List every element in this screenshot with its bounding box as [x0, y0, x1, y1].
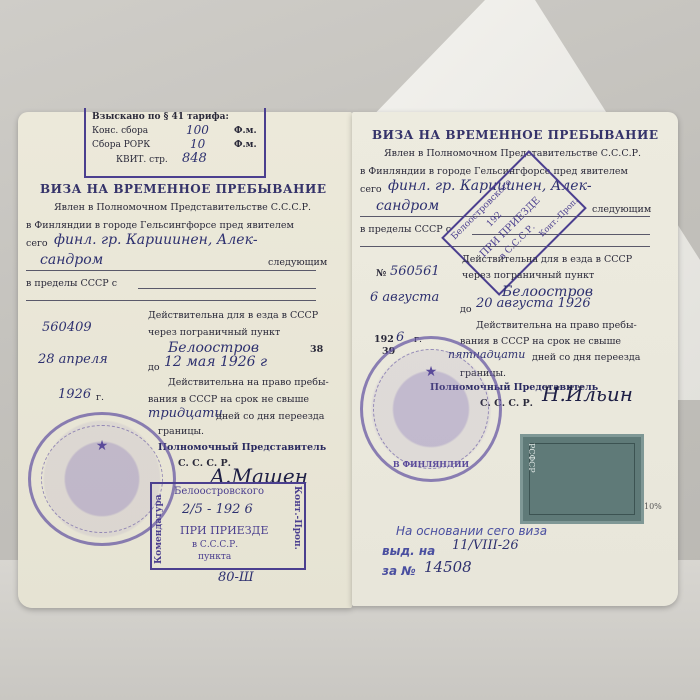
holder-name: сандром — [376, 198, 439, 214]
fee-unit: Ф.м. — [234, 140, 257, 150]
visa-text-line: дней со дня переезда — [216, 411, 324, 422]
fee-value: 100 — [186, 123, 209, 137]
visa-text-line: в Финляндии в городе Гельсингфорсе пред … — [360, 166, 628, 177]
holder-name: сандром — [40, 252, 103, 268]
issue-note-number: 14508 — [424, 558, 472, 576]
stamp-text: в С.С.С.Р. — [192, 540, 238, 550]
visa-text-line: сего — [26, 238, 48, 249]
stamp-handwriting: 80-Ш — [218, 570, 254, 585]
visa-text-line: следующим — [268, 257, 327, 268]
visa-text-line: в пределы СССР с — [26, 278, 117, 289]
visa-text-line: границы. — [158, 426, 204, 437]
fee-label: Сбора РОРК — [92, 140, 150, 150]
issue-note-date: 11/VIII-26 — [452, 538, 519, 553]
valid-until: 20 августа 1926 — [476, 296, 591, 311]
stamp-text: ПРИ ПРИЕЗДЕ — [180, 524, 269, 537]
signature: Н.Ильин — [542, 382, 633, 406]
visa-text-line: в пределы СССР с — [360, 224, 451, 235]
issue-year: 1926 — [58, 387, 91, 402]
page-number: 38 — [310, 344, 323, 355]
visa-text-line: дней со дня переезда — [532, 352, 640, 363]
issue-date: 6 августа — [370, 290, 439, 305]
visa-text-line: через пограничный пункт — [148, 327, 280, 338]
visa-number: 560561 — [390, 264, 440, 279]
visa-text-line: через пограничный пункт — [462, 270, 594, 281]
visa-text-line: следующим — [592, 204, 651, 215]
revenue-stamp-value: 10% — [644, 502, 662, 511]
visa-text-line: Действительна для в езда в СССР — [148, 310, 318, 321]
until-label: до — [460, 304, 472, 315]
visa-text-line: Действительна на право пребы- — [476, 320, 637, 331]
receipt-number: 848 — [182, 151, 207, 166]
revenue-stamp-label: РСФСР — [527, 443, 536, 473]
fee-stamp-line: Взыскано по § 41 тарифа: — [92, 112, 229, 122]
fee-value: 10 — [190, 137, 205, 151]
stamp-text: пункта — [198, 552, 231, 562]
stamp-text: Комендатура — [154, 494, 164, 564]
until-label: до — [148, 362, 160, 373]
stamp-text: Белоостровского — [174, 486, 264, 497]
visa-text-line: Действительна на право пребы- — [168, 377, 329, 388]
visa-text-line: в Финляндии в городе Гельсингфорсе пред … — [26, 220, 294, 231]
revenue-stamp: РСФСР — [520, 434, 644, 524]
issue-note: На основании сего виза — [396, 524, 547, 538]
visa-text-line: вания в СССР на срок не свыше — [460, 336, 621, 347]
fee-unit: Ф.м. — [234, 126, 257, 136]
issue-note: за № — [382, 564, 416, 578]
stay-days: тридцати — [148, 406, 223, 421]
issue-date: 28 апреля — [38, 352, 108, 367]
year-suffix: г. — [96, 392, 104, 403]
issue-note: выд. на — [382, 544, 435, 558]
stamp-date: 192 — [485, 210, 504, 229]
visa-title: ВИЗА НА ВРЕМЕННОЕ ПРЕБЫВАНИЕ — [40, 182, 326, 196]
representative-title: Полномочный Представитель — [158, 442, 326, 453]
visa-number: 560409 — [42, 320, 92, 335]
fee-label: КВИТ. стр. — [116, 155, 168, 165]
year-prefix: 192 — [374, 334, 394, 345]
left-visa-page: Взыскано по § 41 тарифа: Конс. сбора 100… — [18, 112, 352, 608]
visa-text-line: Действительна для в езда в СССР — [462, 254, 632, 265]
embassy-seal: ★ В ФИНЛЯНДИИ — [360, 336, 502, 482]
right-visa-page: ВИЗА НА ВРЕМЕННОЕ ПРЕБЫВАНИЕ Явлен в Пол… — [352, 112, 678, 606]
visa-text-line: вания в СССР на срок не свыше — [148, 394, 309, 405]
number-label: № — [376, 268, 386, 279]
stamp-text: Конт.-Проп. — [537, 196, 579, 238]
visa-text-line: Явлен в Полномочном Представительстве С.… — [54, 202, 311, 213]
visa-text-line: сего — [360, 184, 382, 195]
stamp-text: Конт.-Проп. — [292, 486, 302, 550]
fee-stamp: Взыскано по § 41 тарифа: Конс. сбора 100… — [84, 108, 266, 178]
fee-label: Конс. сбора — [92, 126, 148, 136]
holder-name: финл. гр. Карииинен, Алек- — [54, 232, 258, 248]
border-control-stamp: Комендатура Белоостровского 2/5 - 192 6 … — [150, 482, 306, 570]
visa-text-line: Явлен в Полномочном Представительстве С.… — [384, 148, 641, 159]
stamp-date: 2/5 - 192 6 — [182, 502, 253, 517]
valid-until: 12 мая 1926 г — [164, 354, 267, 370]
visa-title: ВИЗА НА ВРЕМЕННОЕ ПРЕБЫВАНИЕ — [372, 128, 658, 142]
